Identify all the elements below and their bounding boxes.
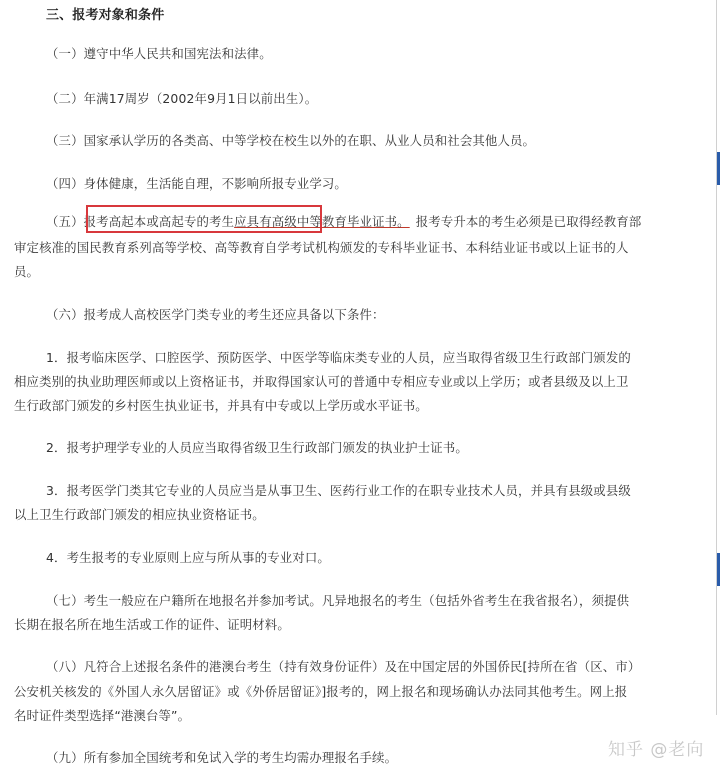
item-6: （六）报考成人高校医学门类专业的考生还应具备以下条件： [46,305,385,323]
item-2: （二）年满17周岁（2002年9月1日以前出生）。 [46,89,317,107]
item-8-line-1: （八）凡符合上述报名条件的港澳台考生（持有效身份证件）及在中国定居的外国侨民[持… [46,657,640,675]
item-6-4: 4．考生报考的专业原则上应与所从事的专业对口。 [46,548,330,566]
item-4: （四）身体健康，生活能自理，不影响所报专业学习。 [46,174,347,192]
item-1: （一）遵守中华人民共和国宪法和法律。 [46,44,272,62]
section-heading: 三、报考对象和条件 [46,4,164,23]
document-body: 三、报考对象和条件 （一）遵守中华人民共和国宪法和法律。 （二）年满17周岁（2… [0,0,716,779]
item-6-2: 2．报考护理学专业的人员应当取得省级卫生行政部门颁发的执业护士证书。 [46,438,468,456]
item-7-line-2: 长期在报名所在地生活或工作的证件、证明材料。 [14,615,290,633]
item-6-1-line-2: 相应类别的执业助理医师或以上资格证书，并取得国家认可的普通中专相应专业或以上学历… [14,372,629,390]
item-7-line-1: （七）考生一般应在户籍所在地报名并参加考试。凡异地报名的考生（包括外省考生在我省… [46,591,629,609]
item-5-prefix: （五） [46,214,84,229]
highlight-box [86,205,322,233]
item-6-1-line-3: 生行政部门颁发的乡村医生执业证书，并具有中专或以上学历或水平证书。 [14,396,428,414]
item-8-line-2: 公安机关核发的《外国人永久居留证》或《外侨居留证》]报考的，网上报名和现场确认办… [14,682,627,700]
item-5-rest: 报考专升本的考生必须是已取得经教育部 [416,214,642,229]
item-8-line-3: 名时证件类型选择“港澳台等”。 [14,706,190,724]
item-6-3-line-1: 3．报考医学门类其它专业的人员应当是从事卫生、医药行业工作的在职专业技术人员，并… [46,481,631,499]
item-9: （九）所有参加全国统考和免试入学的考生均需办理报名手续。 [46,748,397,766]
item-3: （三）国家承认学历的各类高、中等学校在校生以外的在职、从业人员和社会其他人员。 [46,131,535,149]
watermark: 知乎 @老向 [608,735,704,760]
item-6-3-line-2: 以上卫生行政部门颁发的相应执业资格证书。 [14,505,265,523]
item-6-1-line-1: 1．报考临床医学、口腔医学、预防医学、中医学等临床类专业的人员，应当取得省级卫生… [46,348,631,366]
item-5-line-2: 审定核准的国民教育系列高等学校、高等教育自学考试机构颁发的专科毕业证书、本科结业… [14,238,629,256]
scrollbar-track[interactable] [716,0,717,715]
item-5-line-3: 员。 [14,262,39,280]
